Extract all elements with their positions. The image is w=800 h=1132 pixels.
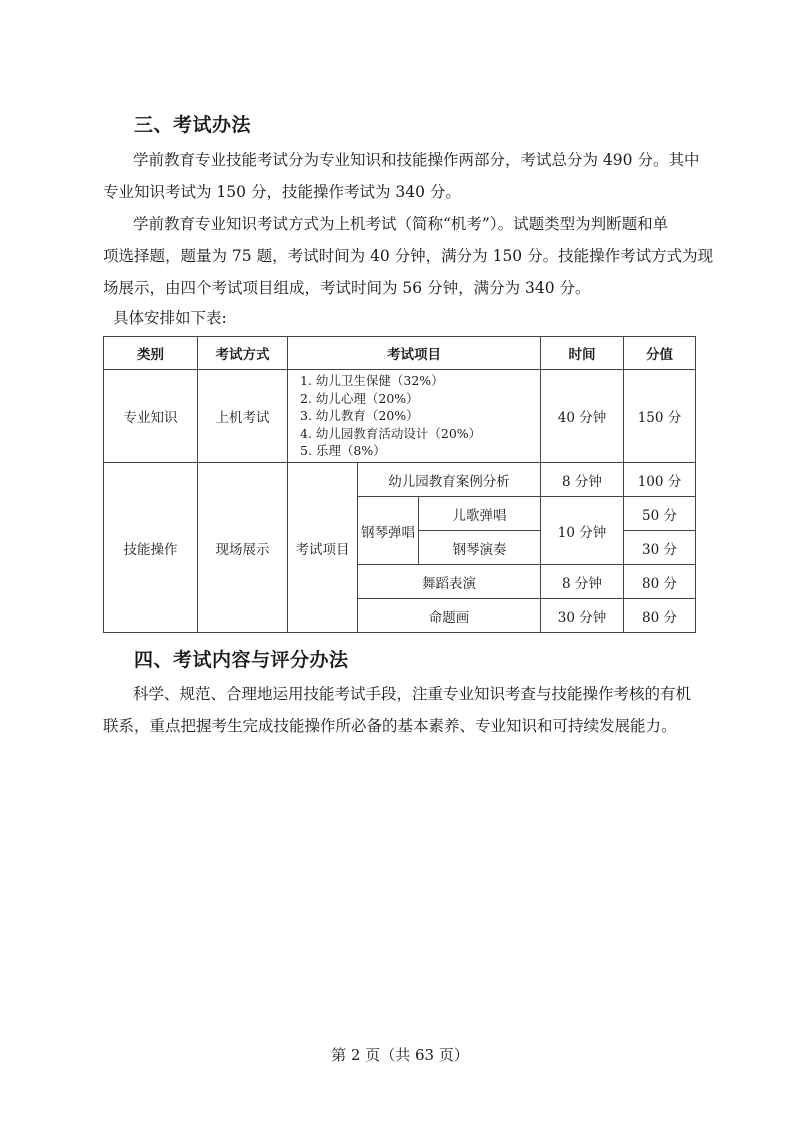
piano-sub-performance-score: 30 分 <box>624 531 696 565</box>
knowledge-method: 上机考试 <box>198 370 288 463</box>
drawing-name: 命题画 <box>358 599 541 633</box>
header-score: 分值 <box>624 337 696 370</box>
drawing-time: 30 分钟 <box>541 599 624 633</box>
knowledge-category: 专业知识 <box>104 370 198 463</box>
skills-group-label: 考试项目 <box>288 463 358 633</box>
section3-paragraph-1: 学前教育专业技能考试分为专业知识和技能操作两部分，考试总分为 490 分。其中 … <box>103 144 703 208</box>
table-row-knowledge: 专业知识 上机考试 1. 幼儿卫生保健（32%） 2. 幼儿心理（20%） 3.… <box>104 370 696 463</box>
dance-score: 80 分 <box>624 565 696 599</box>
table-header-row: 类别 考试方式 考试项目 时间 分值 <box>104 337 696 370</box>
knowledge-item: 2. 幼儿心理（20%） <box>300 390 540 408</box>
paragraph-line: 学前教育专业技能考试分为专业知识和技能操作两部分，考试总分为 490 分。其中 <box>103 144 703 176</box>
drawing-score: 80 分 <box>624 599 696 633</box>
paragraph-line: 场展示，由四个考试项目组成，考试时间为 56 分钟，满分为 340 分。 <box>103 272 703 304</box>
table-intro: 具体安排如下表: <box>113 302 713 334</box>
section3-paragraph-2: 学前教育专业知识考试方式为上机考试（简称“机考”）。试题类型为判断题和单 项选择… <box>103 208 703 304</box>
piano-name: 钢琴弹唱 <box>358 497 419 565</box>
header-category: 类别 <box>104 337 198 370</box>
header-items: 考试项目 <box>288 337 541 370</box>
knowledge-item: 5. 乐理（8%） <box>300 442 540 460</box>
case-analysis-score: 100 分 <box>624 463 696 497</box>
paragraph-line: 项选择题，题量为 75 题，考试时间为 40 分钟，满分为 150 分。技能操作… <box>103 240 703 272</box>
paragraph-line: 科学、规范、合理地运用技能考试手段，注重专业知识考查与技能操作考核的有机 <box>103 678 703 710</box>
piano-sub-song-name: 儿歌弹唱 <box>419 497 541 531</box>
page-number-footer: 第 2 页（共 63 页） <box>0 1044 800 1065</box>
skills-category: 技能操作 <box>104 463 198 633</box>
paragraph-line: 专业知识考试为 150 分，技能操作考试为 340 分。 <box>103 176 703 208</box>
piano-time: 10 分钟 <box>541 497 624 565</box>
exam-schedule-table: 类别 考试方式 考试项目 时间 分值 专业知识 上机考试 1. 幼儿卫生保健（3… <box>103 336 696 633</box>
header-method: 考试方式 <box>198 337 288 370</box>
knowledge-item: 4. 幼儿园教育活动设计（20%） <box>300 425 540 443</box>
piano-sub-performance-name: 钢琴演奏 <box>419 531 541 565</box>
dance-time: 8 分钟 <box>541 565 624 599</box>
paragraph-line: 联系，重点把握考生完成技能操作所必备的基本素养、专业知识和可持续发展能力。 <box>103 710 703 742</box>
section4-heading: 四、考试内容与评分办法 <box>134 645 349 672</box>
dance-name: 舞蹈表演 <box>358 565 541 599</box>
knowledge-item: 1. 幼儿卫生保健（32%） <box>300 372 540 390</box>
section3-heading: 三、考试办法 <box>134 110 251 137</box>
piano-sub-song-score: 50 分 <box>624 497 696 531</box>
paragraph-line: 学前教育专业知识考试方式为上机考试（简称“机考”）。试题类型为判断题和单 <box>103 208 703 240</box>
skills-method: 现场展示 <box>198 463 288 633</box>
knowledge-item: 3. 幼儿教育（20%） <box>300 407 540 425</box>
knowledge-items: 1. 幼儿卫生保健（32%） 2. 幼儿心理（20%） 3. 幼儿教育（20%）… <box>288 370 541 463</box>
table-row-case-analysis: 技能操作 现场展示 考试项目 幼儿园教育案例分析 8 分钟 100 分 <box>104 463 696 497</box>
knowledge-score: 150 分 <box>624 370 696 463</box>
case-analysis-name: 幼儿园教育案例分析 <box>358 463 541 497</box>
section4-paragraph: 科学、规范、合理地运用技能考试手段，注重专业知识考查与技能操作考核的有机 联系，… <box>103 678 703 742</box>
knowledge-time: 40 分钟 <box>541 370 624 463</box>
header-time: 时间 <box>541 337 624 370</box>
case-analysis-time: 8 分钟 <box>541 463 624 497</box>
